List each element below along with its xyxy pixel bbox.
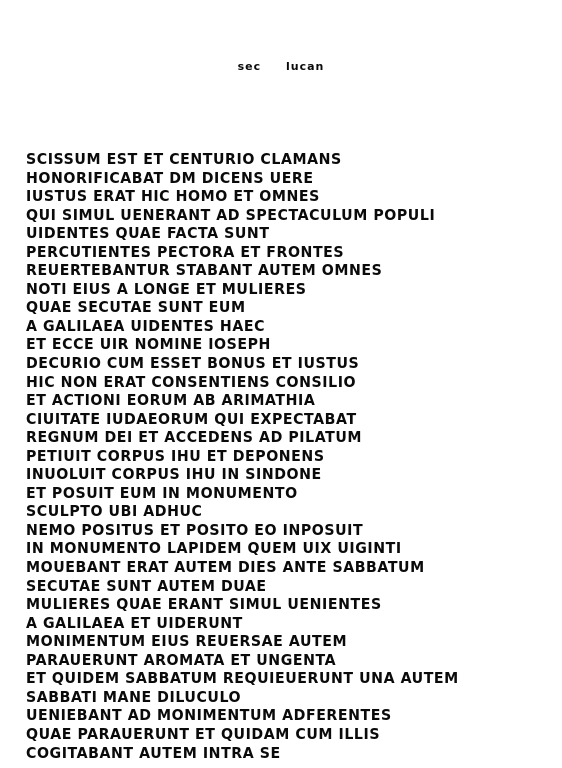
- text-line: petiuit corpus ihu et deponens: [26, 447, 526, 466]
- text-line: percutientes pectora et frontes: [26, 243, 526, 262]
- text-line: ciuitate iudaeorum qui expectabat: [26, 410, 526, 429]
- text-line: sculpto ubi adhuc: [26, 502, 526, 521]
- running-head: sec lucan: [0, 60, 562, 73]
- manuscript-page: sec lucan scissum est et centurio claman…: [0, 0, 562, 768]
- text-line: et posuit eum in monumento: [26, 484, 526, 503]
- text-line: ueniebant ad monimentum adferentes: [26, 706, 526, 725]
- text-line: parauerunt aromata et ungenta: [26, 651, 526, 670]
- text-line: monimentum eius reuersae autem: [26, 632, 526, 651]
- text-line: a galilaea uidentes haec: [26, 317, 526, 336]
- text-line: decurio cum esset bonus et iustus: [26, 354, 526, 373]
- text-line: noti eius a longe et mulieres: [26, 280, 526, 299]
- text-line: quae secutae sunt eum: [26, 298, 526, 317]
- text-line: reuertebantur stabant autem omnes: [26, 261, 526, 280]
- text-line: honorificabat dm dicens uere: [26, 169, 526, 188]
- text-line: inuoluit corpus ihu in sindone: [26, 465, 526, 484]
- text-line: mouebant erat autem dies ante sabbatum: [26, 558, 526, 577]
- manuscript-text-block: scissum est et centurio clamans honorifi…: [26, 150, 556, 762]
- text-line: quae parauerunt et quidam cum illis: [26, 725, 526, 744]
- text-line: iustus erat hic homo et omnes: [26, 187, 526, 206]
- text-line: qui simul uenerant ad spectaculum populi: [26, 206, 526, 225]
- text-line: regnum dei et accedens ad pilatum: [26, 428, 526, 447]
- text-line: et ecce uir nomine ioseph: [26, 335, 526, 354]
- text-line: et actioni eorum ab arimathia: [26, 391, 526, 410]
- text-line: nemo positus et posito eo inposuit: [26, 521, 526, 540]
- text-line: a galilaea et uiderunt: [26, 614, 526, 633]
- running-head-right: lucan: [286, 60, 324, 73]
- text-line: hic non erat consentiens consilio: [26, 373, 526, 392]
- text-line: sabbati mane diluculo: [26, 688, 526, 707]
- text-line: cogitabant autem intra se: [26, 744, 526, 763]
- text-line: et quidem sabbatum requieuerunt una aute…: [26, 669, 526, 688]
- text-line: secutae sunt autem duae: [26, 577, 526, 596]
- text-line: scissum est et centurio clamans: [26, 150, 526, 169]
- text-line: mulieres quae erant simul uenientes: [26, 595, 526, 614]
- text-line: uidentes quae facta sunt: [26, 224, 526, 243]
- running-head-left: sec: [238, 60, 262, 73]
- text-line: in monumento lapidem quem uix uiginti: [26, 539, 526, 558]
